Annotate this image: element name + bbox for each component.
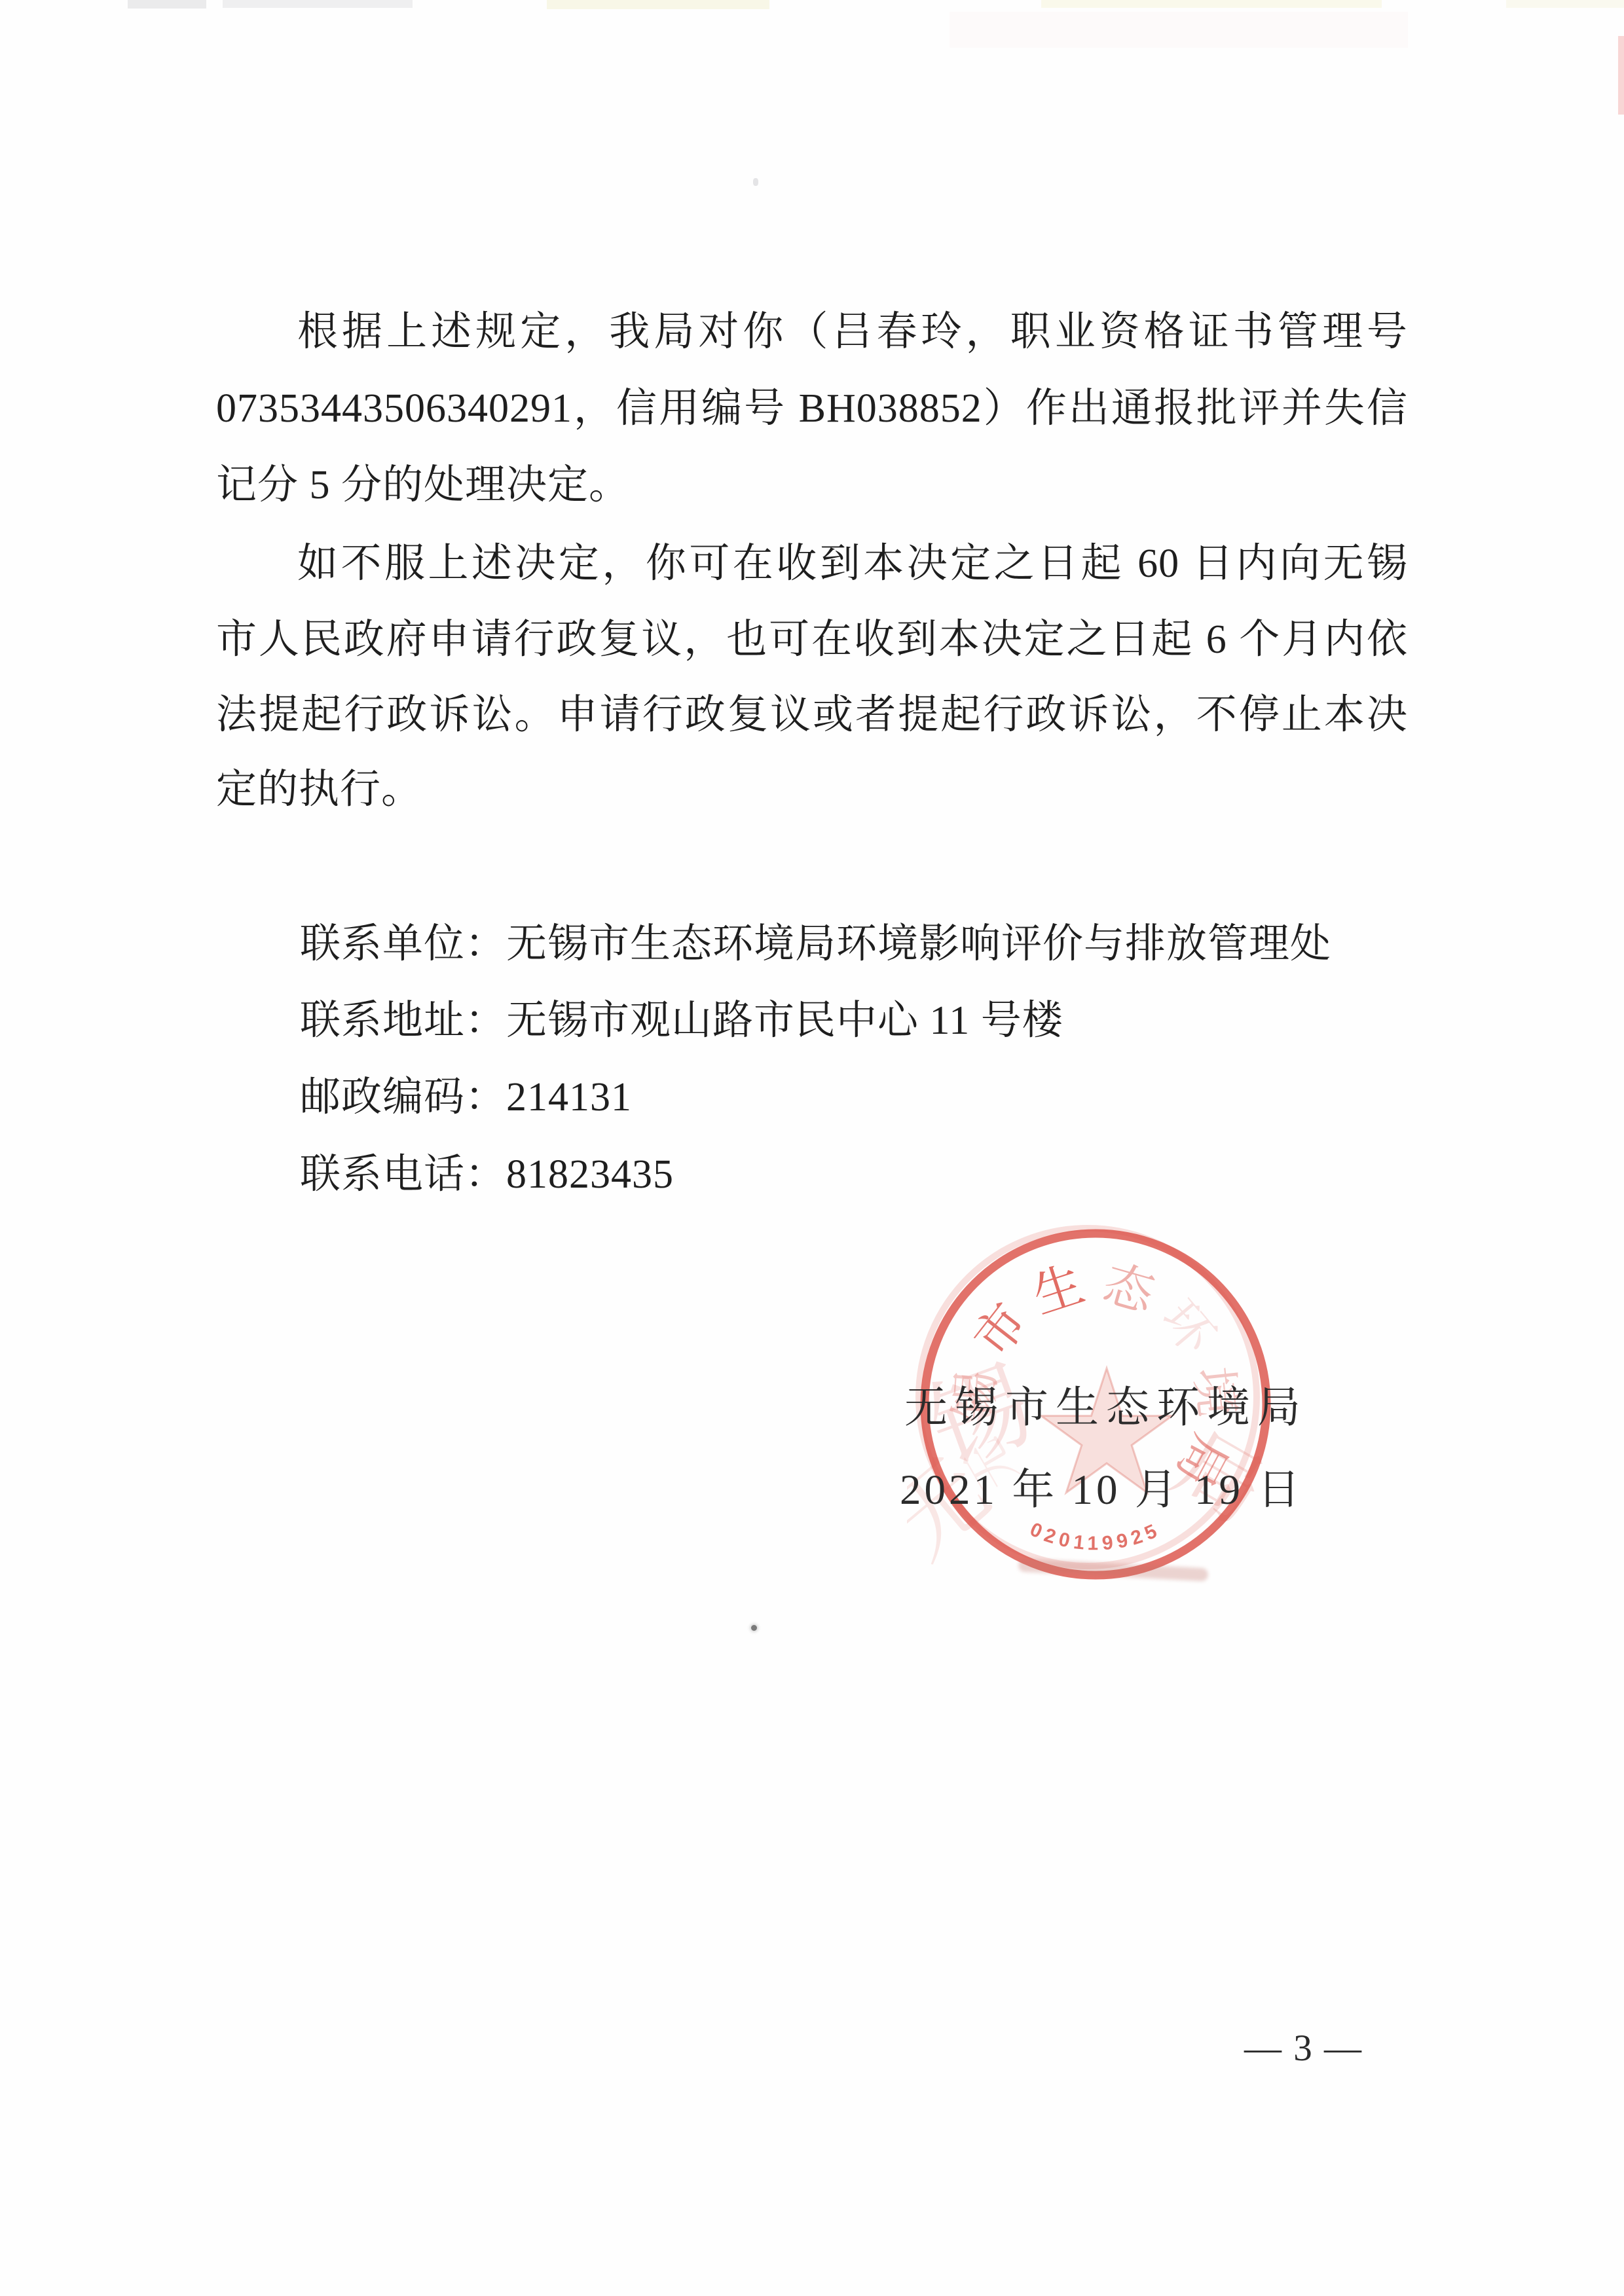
body-line: 记分 5 分的处理决定。 [216,465,1408,505]
scan-artifact [1506,0,1624,8]
contact-unit: 联系单位：无锡市生态环境局环境影响评价与排放管理处 [300,924,1331,964]
contact-address: 联系地址：无锡市观山路市民中心 11 号楼 [300,1000,1063,1041]
seal-arc-char: 环 [1151,1290,1225,1365]
document-page: 根据上述规定，我局对你（吕春玲，职业资格证书管理号 07353443506340… [0,0,1624,2296]
scan-artifact [950,12,1408,48]
scan-artifact [128,0,206,9]
body-line: 根据上述规定，我局对你（吕春玲，职业资格证书管理号 [216,312,1408,352]
body-line: 市人民政府申请行政复议，也可在收到本决定之日起 6 个月内依 [216,619,1408,660]
signature-agency: 无锡市生态环境局 [904,1387,1308,1430]
contact-postcode: 邮政编码：214131 [300,1077,632,1118]
seal-arc-char: 市 [964,1294,1038,1368]
scan-artifact [1041,0,1382,8]
scan-speck [753,178,758,186]
signature-date: 2021 年 10 月 19 日 [900,1469,1303,1512]
body-line: 如不服上述决定，你可在收到本决定之日起 60 日内向无锡 [216,543,1408,584]
body-line: 07353443506340291，信用编号 BH038852）作出通报批评并失… [216,388,1408,429]
ink-speck [751,1625,757,1631]
body-line: 定的执行。 [216,769,1408,810]
scan-artifact [1618,36,1624,115]
contact-phone: 联系电话：81823435 [300,1154,674,1195]
seal-arc-char: 态 [1097,1256,1161,1322]
body-line: 法提起行政诉讼。申请行政复议或者提起行政诉讼，不停止本决 [216,695,1408,735]
page-number: — 3 — [1244,2030,1363,2067]
scan-artifact [547,0,769,9]
scan-artifact [223,0,413,8]
seal-arc-char: 生 [1026,1256,1090,1324]
